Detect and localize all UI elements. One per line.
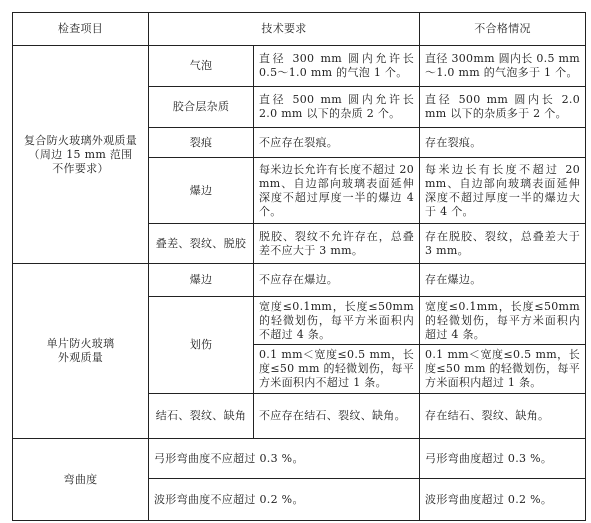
requirement-cell: 宽度≤0.1mm，长度≤50mm 的轻微划伤，每平方米面积内不超过 4 条。: [254, 297, 420, 345]
requirement-cell: 每米边长允许有长度不超过 20 mm、自边部向玻璃表面延伸深度不超过厚度一半的爆…: [254, 158, 420, 224]
defect-cell: 裂痕: [149, 128, 254, 158]
nonconformity-cell: 0.1 mm＜宽度≤0.5 mm，长度≤50 mm 的轻微划伤，每平方米面积内超…: [420, 345, 586, 394]
defect-cell: 胶合层杂质: [149, 87, 254, 128]
nonconformity-cell: 弓形弯曲度超过 0.3 %。: [420, 439, 586, 479]
table-row: 单片防火玻璃 外观质量 爆边 不应存在爆边。 存在爆边。: [13, 264, 586, 297]
header-nonconformity: 不合格情况: [420, 13, 586, 46]
requirement-cell: 不应存在爆边。: [254, 264, 420, 297]
nonconformity-cell: 宽度≤0.1mm，长度≤50mm 的轻微划伤，每平方米面积内超过 4 条。: [420, 297, 586, 345]
group-label-line: （周边 15 mm 范围: [18, 148, 143, 162]
defect-cell: 叠差、裂纹、脱胶: [149, 224, 254, 264]
nonconformity-cell: 直径 300mm 圆内长 0.5 mm～1.0 mm 的气泡多于 1 个。: [420, 46, 586, 87]
nonconformity-cell: 直径 500 mm 圆内长 2.0 mm 以下的杂质多于 2 个。: [420, 87, 586, 128]
requirement-cell: 不应存在裂痕。: [254, 128, 420, 158]
nonconformity-cell: 存在裂痕。: [420, 128, 586, 158]
defect-cell: 结石、裂纹、缺角: [149, 394, 254, 439]
requirement-cell: 弓形弯曲度不应超过 0.3 %。: [149, 439, 420, 479]
requirement-cell: 脱胶、裂纹不允许存在，总叠差不应大于 3 mm。: [254, 224, 420, 264]
inspection-spec-table: 检查项目 技术要求 不合格情况 复合防火玻璃外观质量 （周边 15 mm 范围 …: [12, 12, 586, 521]
group-label-line: 复合防火玻璃外观质量: [18, 134, 143, 148]
requirement-cell: 直径 300 mm 圆内允许长 0.5～1.0 mm 的气泡 1 个。: [254, 46, 420, 87]
defect-cell: 划伤: [149, 297, 254, 394]
requirement-cell: 不应存在结石、裂纹、缺角。: [254, 394, 420, 439]
group-label-line: 外观质量: [18, 351, 143, 365]
group-label-line: 单片防火玻璃: [18, 337, 143, 351]
defect-cell: 爆边: [149, 264, 254, 297]
group-label-line: 不作要求）: [18, 162, 143, 176]
nonconformity-cell: 存在结石、裂纹、缺角。: [420, 394, 586, 439]
requirement-cell: 0.1 mm＜宽度≤0.5 mm，长度≤50 mm 的轻微划伤，每平方米面积内不…: [254, 345, 420, 394]
nonconformity-cell: 存在脱胶、裂纹，总叠差大于 3 mm。: [420, 224, 586, 264]
header-item: 检查项目: [13, 13, 149, 46]
requirement-cell: 直径 500 mm 圆内允许长 2.0 mm 以下的杂质 2 个。: [254, 87, 420, 128]
group-label-curvature: 弯曲度: [13, 439, 149, 521]
nonconformity-cell: 每米边长有长度不超过 20 mm、自边部向玻璃表面延伸深度不超过厚度一半的爆边大…: [420, 158, 586, 224]
table-row: 复合防火玻璃外观质量 （周边 15 mm 范围 不作要求） 气泡 直径 300 …: [13, 46, 586, 87]
group-label-line: 弯曲度: [18, 473, 143, 487]
requirement-cell: 波形弯曲度不应超过 0.2 %。: [149, 479, 420, 521]
defect-cell: 爆边: [149, 158, 254, 224]
group-label-single-pane: 单片防火玻璃 外观质量: [13, 264, 149, 439]
nonconformity-cell: 存在爆边。: [420, 264, 586, 297]
nonconformity-cell: 波形弯曲度超过 0.2 %。: [420, 479, 586, 521]
group-label-composite: 复合防火玻璃外观质量 （周边 15 mm 范围 不作要求）: [13, 46, 149, 264]
table-row: 弯曲度 弓形弯曲度不应超过 0.3 %。 弓形弯曲度超过 0.3 %。: [13, 439, 586, 479]
header-row: 检查项目 技术要求 不合格情况: [13, 13, 586, 46]
header-requirement: 技术要求: [149, 13, 420, 46]
defect-cell: 气泡: [149, 46, 254, 87]
